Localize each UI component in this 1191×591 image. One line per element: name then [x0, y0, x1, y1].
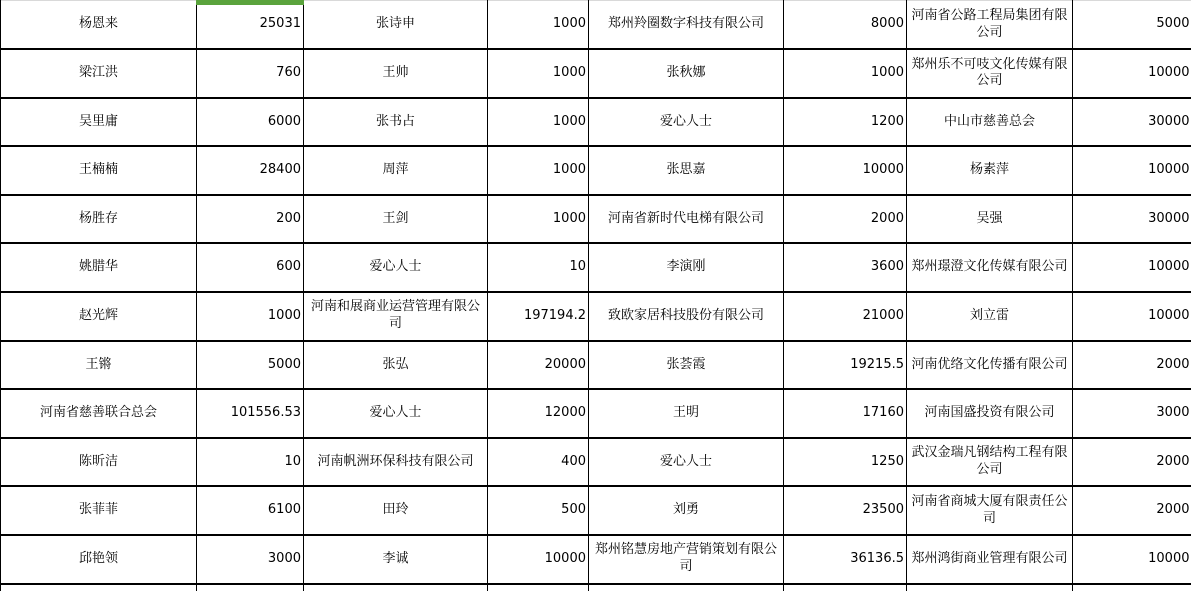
cell-amount[interactable]: 30000	[1073, 195, 1191, 244]
table-row: 杨胜存200王剑1000河南省新时代电梯有限公司2000吴强30000	[1, 195, 1191, 244]
table-row: 陈昕洁10河南帆洲环保科技有限公司400爱心人士1250武汉金瑞凡钢结构工程有限…	[1, 438, 1191, 487]
cell-amount[interactable]: 36136.5	[784, 535, 907, 584]
cell-amount[interactable]: 197194.2	[488, 292, 589, 341]
cell-empty[interactable]	[1073, 584, 1191, 591]
cell-amount[interactable]: 10000	[784, 146, 907, 195]
table-row-partial	[1, 584, 1191, 591]
cell-name[interactable]: 张思嘉	[589, 146, 784, 195]
selection-indicator	[196, 0, 304, 5]
cell-amount[interactable]: 6100	[197, 486, 304, 535]
cell-amount[interactable]: 1000	[488, 49, 589, 98]
cell-amount[interactable]: 10000	[1073, 49, 1191, 98]
cell-amount[interactable]: 1000	[488, 146, 589, 195]
cell-amount[interactable]: 5000	[1073, 1, 1191, 50]
cell-name[interactable]: 姚腊华	[1, 243, 197, 292]
cell-name[interactable]: 张书占	[304, 98, 488, 147]
cell-empty[interactable]	[907, 584, 1073, 591]
cell-empty[interactable]	[589, 584, 784, 591]
cell-name[interactable]: 梁江洪	[1, 49, 197, 98]
cell-amount[interactable]: 20000	[488, 341, 589, 390]
table-row: 河南省慈善联合总会101556.53爱心人士12000王明17160河南国盛投资…	[1, 389, 1191, 438]
cell-amount[interactable]: 500	[488, 486, 589, 535]
cell-amount[interactable]: 2000	[1073, 438, 1191, 487]
cell-empty[interactable]	[784, 584, 907, 591]
cell-empty[interactable]	[304, 584, 488, 591]
cell-amount[interactable]: 400	[488, 438, 589, 487]
cell-empty[interactable]	[1, 584, 197, 591]
cell-name[interactable]: 张秋娜	[589, 49, 784, 98]
cell-name[interactable]: 爱心人士	[589, 438, 784, 487]
cell-amount[interactable]: 1000	[488, 195, 589, 244]
cell-amount[interactable]: 200	[197, 195, 304, 244]
cell-name[interactable]: 刘立雷	[907, 292, 1073, 341]
cell-name[interactable]: 邱艳领	[1, 535, 197, 584]
cell-amount[interactable]: 10000	[1073, 243, 1191, 292]
cell-name[interactable]: 河南省慈善联合总会	[1, 389, 197, 438]
cell-amount[interactable]: 28400	[197, 146, 304, 195]
cell-name[interactable]: 河南省公路工程局集团有限公司	[907, 1, 1073, 50]
cell-amount[interactable]: 1200	[784, 98, 907, 147]
cell-amount[interactable]: 3600	[784, 243, 907, 292]
cell-name[interactable]: 中山市慈善总会	[907, 98, 1073, 147]
cell-name[interactable]: 吴里庸	[1, 98, 197, 147]
cell-name[interactable]: 吴强	[907, 195, 1073, 244]
cell-amount[interactable]: 2000	[1073, 341, 1191, 390]
table-row: 吴里庸6000张书占1000爱心人士1200中山市慈善总会30000	[1, 98, 1191, 147]
cell-amount[interactable]: 3000	[197, 535, 304, 584]
cell-name[interactable]: 王楠楠	[1, 146, 197, 195]
cell-name[interactable]: 陈昕洁	[1, 438, 197, 487]
cell-amount[interactable]: 10000	[1073, 535, 1191, 584]
cell-name[interactable]: 河南和展商业运营管理有限公司	[304, 292, 488, 341]
cell-amount[interactable]: 1250	[784, 438, 907, 487]
cell-name[interactable]: 河南帆洲环保科技有限公司	[304, 438, 488, 487]
spreadsheet-viewport: 杨恩来25031张诗申1000郑州羚圈数字科技有限公司8000河南省公路工程局集…	[0, 0, 1191, 591]
cell-amount[interactable]: 25031	[197, 1, 304, 50]
cell-amount[interactable]: 760	[197, 49, 304, 98]
cell-name[interactable]: 李诚	[304, 535, 488, 584]
cell-name[interactable]: 赵光辉	[1, 292, 197, 341]
cell-name[interactable]: 杨素萍	[907, 146, 1073, 195]
cell-name[interactable]: 郑州璟澄文化传媒有限公司	[907, 243, 1073, 292]
table-row: 张菲菲6100田玲500刘勇23500河南省商城大厦有限责任公司2000	[1, 486, 1191, 535]
cell-amount[interactable]: 5000	[197, 341, 304, 390]
cell-name[interactable]: 河南省商城大厦有限责任公司	[907, 486, 1073, 535]
cell-name[interactable]: 杨恩来	[1, 1, 197, 50]
cell-name[interactable]: 爱心人士	[589, 98, 784, 147]
cell-name[interactable]: 郑州羚圈数字科技有限公司	[589, 1, 784, 50]
cell-name[interactable]: 河南优络文化传播有限公司	[907, 341, 1073, 390]
cell-name[interactable]: 王明	[589, 389, 784, 438]
cell-amount[interactable]: 23500	[784, 486, 907, 535]
cell-amount[interactable]: 8000	[784, 1, 907, 50]
cell-name[interactable]: 张菲菲	[1, 486, 197, 535]
cell-amount[interactable]: 3000	[1073, 389, 1191, 438]
cell-name[interactable]: 周萍	[304, 146, 488, 195]
cell-amount[interactable]: 30000	[1073, 98, 1191, 147]
cell-amount[interactable]: 10000	[1073, 146, 1191, 195]
cell-amount[interactable]: 1000	[488, 1, 589, 50]
cell-amount[interactable]: 12000	[488, 389, 589, 438]
cell-amount[interactable]: 17160	[784, 389, 907, 438]
cell-amount[interactable]: 10	[488, 243, 589, 292]
table-row: 赵光辉1000河南和展商业运营管理有限公司197194.2致欧家居科技股份有限公…	[1, 292, 1191, 341]
cell-amount[interactable]: 10000	[1073, 292, 1191, 341]
cell-name[interactable]: 武汉金瑞凡钢结构工程有限公司	[907, 438, 1073, 487]
cell-name[interactable]: 张荟霞	[589, 341, 784, 390]
cell-name[interactable]: 爱心人士	[304, 389, 488, 438]
table-row: 姚腊华600爱心人士10李演刚3600郑州璟澄文化传媒有限公司10000	[1, 243, 1191, 292]
cell-amount[interactable]: 19215.5	[784, 341, 907, 390]
cell-amount[interactable]: 1000	[197, 292, 304, 341]
cell-name[interactable]: 李演刚	[589, 243, 784, 292]
cell-amount[interactable]: 21000	[784, 292, 907, 341]
cell-amount[interactable]: 10000	[488, 535, 589, 584]
cell-amount[interactable]: 600	[197, 243, 304, 292]
cell-name[interactable]: 王锵	[1, 341, 197, 390]
cell-name[interactable]: 刘勇	[589, 486, 784, 535]
cell-amount[interactable]: 10	[197, 438, 304, 487]
cell-amount[interactable]: 101556.53	[197, 389, 304, 438]
cell-name[interactable]: 杨胜存	[1, 195, 197, 244]
cell-name[interactable]: 河南国盛投资有限公司	[907, 389, 1073, 438]
cell-amount[interactable]: 2000	[784, 195, 907, 244]
cell-empty[interactable]	[488, 584, 589, 591]
cell-amount[interactable]: 2000	[1073, 486, 1191, 535]
cell-name[interactable]: 河南省新时代电梯有限公司	[589, 195, 784, 244]
cell-name[interactable]: 王剑	[304, 195, 488, 244]
cell-name[interactable]: 爱心人士	[304, 243, 488, 292]
cell-name[interactable]: 郑州铭慧房地产营销策划有限公司	[589, 535, 784, 584]
table-row: 杨恩来25031张诗申1000郑州羚圈数字科技有限公司8000河南省公路工程局集…	[1, 1, 1191, 50]
cell-name[interactable]: 张弘	[304, 341, 488, 390]
cell-name[interactable]: 张诗申	[304, 1, 488, 50]
cell-name[interactable]: 郑州乐不可吱文化传媒有限公司	[907, 49, 1073, 98]
table-row: 王锵5000张弘20000张荟霞19215.5河南优络文化传播有限公司2000	[1, 341, 1191, 390]
cell-empty[interactable]	[197, 584, 304, 591]
cell-amount[interactable]: 1000	[784, 49, 907, 98]
table-row: 王楠楠28400周萍1000张思嘉10000杨素萍10000	[1, 146, 1191, 195]
cell-name[interactable]: 王帅	[304, 49, 488, 98]
table-row: 邱艳领3000李诚10000郑州铭慧房地产营销策划有限公司36136.5郑州鸿街…	[1, 535, 1191, 584]
spreadsheet-table: 杨恩来25031张诗申1000郑州羚圈数字科技有限公司8000河南省公路工程局集…	[0, 0, 1191, 591]
cell-name[interactable]: 郑州鸿街商业管理有限公司	[907, 535, 1073, 584]
cell-amount[interactable]: 1000	[488, 98, 589, 147]
cell-name[interactable]: 田玲	[304, 486, 488, 535]
table-row: 梁江洪760王帅1000张秋娜1000郑州乐不可吱文化传媒有限公司10000	[1, 49, 1191, 98]
cell-name[interactable]: 致欧家居科技股份有限公司	[589, 292, 784, 341]
cell-amount[interactable]: 6000	[197, 98, 304, 147]
